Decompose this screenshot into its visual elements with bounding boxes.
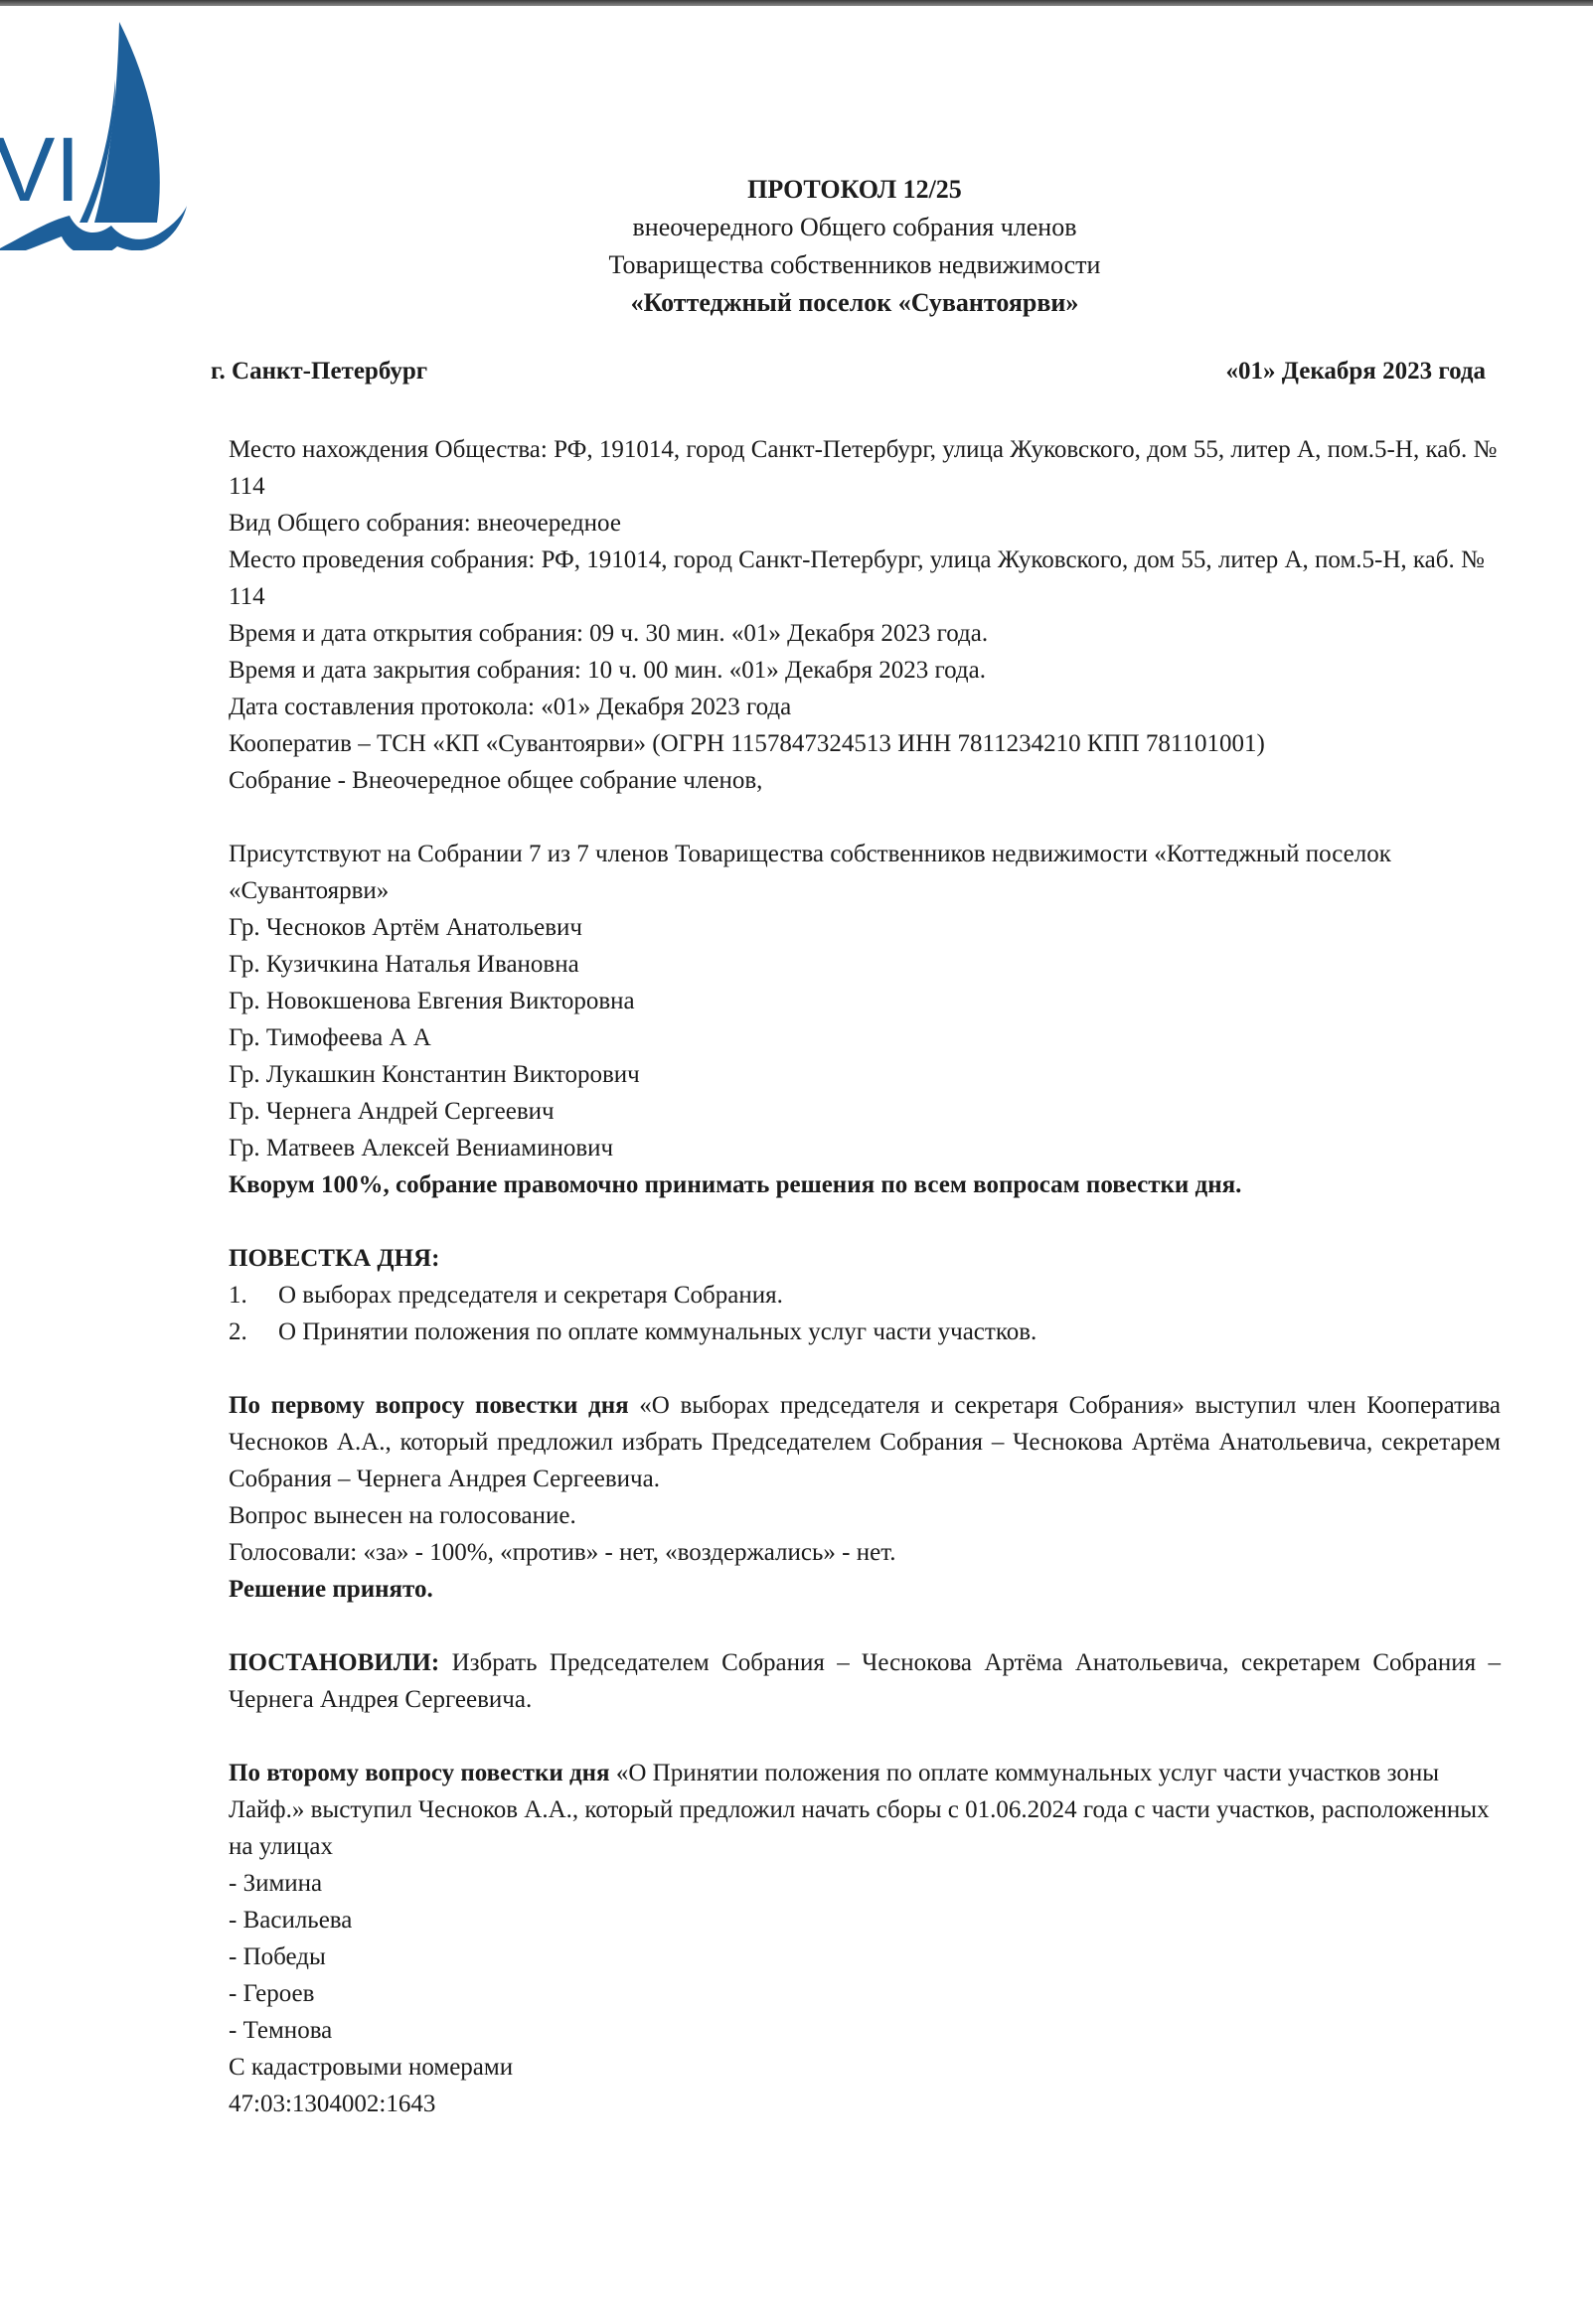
agenda-title: ПОВЕСТКА ДНЯ: bbox=[229, 1240, 1501, 1277]
cooperative-line: Кооператив – ТСН «КП «Сувантоярви» (ОГРН… bbox=[229, 725, 1501, 762]
city-date-line: г. Санкт-Петербург «01» Декабря 2023 год… bbox=[211, 358, 1486, 386]
title-line-1: внеочередного Общего собрания членов bbox=[457, 209, 1252, 246]
street: - Победы bbox=[229, 1938, 1501, 1975]
agenda-list: 1.О выборах председателя и секретаря Соб… bbox=[229, 1277, 1501, 1350]
resolution: ПОСТАНОВИЛИ: Избрать Председателем Собра… bbox=[229, 1644, 1501, 1718]
attendee: Гр. Кузичкина Наталья Ивановна bbox=[229, 946, 1501, 983]
street: - Темнова bbox=[229, 2012, 1501, 2049]
assembly-line: Собрание - Внеочередное общее собрание ч… bbox=[229, 762, 1501, 799]
question-1-decision: Решение принято. bbox=[229, 1571, 1501, 1608]
street: - Зимина bbox=[229, 1865, 1501, 1902]
street: - Героев bbox=[229, 1975, 1501, 2012]
quorum-statement: Кворум 100%, собрание правомочно принима… bbox=[229, 1166, 1501, 1203]
street: - Васильева bbox=[229, 1902, 1501, 1938]
protocol-number: ПРОТОКОЛ 12/25 bbox=[457, 171, 1252, 209]
drafted-date-line: Дата составления протокола: «01» Декабря… bbox=[229, 689, 1501, 725]
cadastral-number: 47:03:1304002:1643 bbox=[229, 2086, 1501, 2122]
question-2-discussion: По второму вопросу повестки дня «О Приня… bbox=[229, 1755, 1501, 1865]
attendee-list: Гр. Чесноков Артём Анатольевич Гр. Кузич… bbox=[229, 909, 1501, 1166]
question-1-vote-call: Вопрос вынесен на голосование. bbox=[229, 1497, 1501, 1534]
attendee: Гр. Чернега Андрей Сергеевич bbox=[229, 1093, 1501, 1130]
opening-time-line: Время и дата открытия собрания: 09 ч. 30… bbox=[229, 615, 1501, 652]
agenda-item: 2.О Принятии положения по оплате коммуна… bbox=[229, 1314, 1501, 1350]
cadastral-label: С кадастровыми номерами bbox=[229, 2049, 1501, 2086]
attendance-intro: Присутствуют на Собрании 7 из 7 членов Т… bbox=[229, 836, 1501, 909]
question-1-vote-result: Голосовали: «за» - 100%, «против» - нет,… bbox=[229, 1534, 1501, 1571]
document-date: «01» Декабря 2023 года bbox=[1226, 358, 1486, 386]
venue-line: Место проведения собрания: РФ, 191014, г… bbox=[229, 542, 1501, 615]
title-line-2: Товарищества собственников недвижимости bbox=[457, 246, 1252, 284]
question-1-discussion: По первому вопросу повестки дня «О выбор… bbox=[229, 1387, 1501, 1497]
scan-edge bbox=[0, 0, 1593, 6]
sailboat-logo-icon: VI bbox=[0, 12, 189, 250]
organization-name: «Коттеджный поселок «Сувантоярви» bbox=[457, 284, 1252, 322]
document-title-block: ПРОТОКОЛ 12/25 внеочередного Общего собр… bbox=[457, 171, 1252, 322]
attendee: Гр. Лукашкин Константин Викторович bbox=[229, 1056, 1501, 1093]
attendee: Гр. Тимофеева А А bbox=[229, 1019, 1501, 1056]
closing-time-line: Время и дата закрытия собрания: 10 ч. 00… bbox=[229, 652, 1501, 689]
logo-letters: VI bbox=[0, 119, 80, 221]
city: г. Санкт-Петербург bbox=[211, 358, 427, 386]
location-line: Место нахождения Общества: РФ, 191014, г… bbox=[229, 431, 1501, 505]
attendee: Гр. Новокшенова Евгения Викторовна bbox=[229, 983, 1501, 1019]
attendee: Гр. Матвеев Алексей Вениаминович bbox=[229, 1130, 1501, 1166]
agenda-item: 1.О выборах председателя и секретаря Соб… bbox=[229, 1277, 1501, 1314]
document-body: Место нахождения Общества: РФ, 191014, г… bbox=[229, 431, 1501, 2122]
street-list: - Зимина - Васильева - Победы - Героев -… bbox=[229, 1865, 1501, 2049]
attendee: Гр. Чесноков Артём Анатольевич bbox=[229, 909, 1501, 946]
meeting-type-line: Вид Общего собрания: внеочередное bbox=[229, 505, 1501, 542]
